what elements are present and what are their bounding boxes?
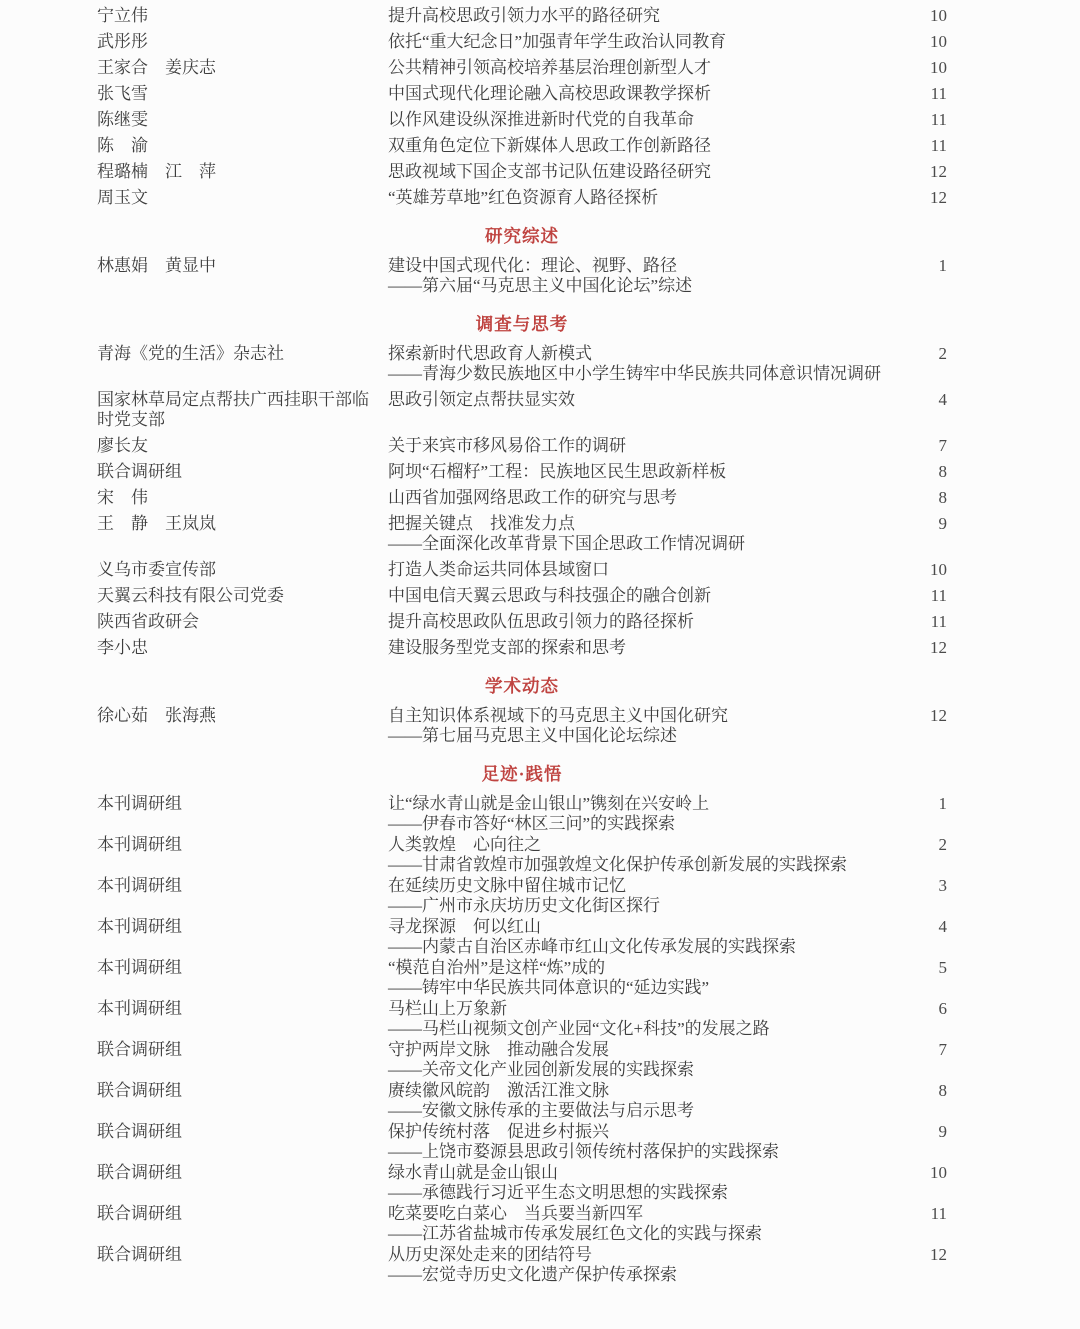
- section: 学术动态徐心茹 张海燕自主知识体系视域下的马克思主义中国化研究——第七届马克思主…: [97, 676, 947, 746]
- entry-page-number: 3: [903, 876, 947, 896]
- entry-title: 在延续历史文脉中留住城市记忆——广州市永庆坊历史文化街区探行: [388, 876, 903, 916]
- entry-authors: 陕西省政研会: [97, 612, 388, 632]
- entry-title-line: 把握关键点 找准发力点: [388, 514, 895, 534]
- entry-page-number: 11: [903, 1204, 947, 1224]
- toc-entry: 王 静 王岚岚把握关键点 找准发力点——全面深化改革背景下国企思政工作情况调研9: [97, 514, 947, 554]
- entry-title: 自主知识体系视域下的马克思主义中国化研究——第七届马克思主义中国化论坛综述: [388, 706, 903, 746]
- toc-entry: 本刊调研组让“绿水青山就是金山银山”镌刻在兴安岭上——伊春市答好“林区三问”的实…: [97, 794, 947, 834]
- entry-authors: 联合调研组: [97, 1204, 388, 1224]
- entry-authors: 本刊调研组: [97, 917, 388, 937]
- entry-title-line: 在延续历史文脉中留住城市记忆: [388, 876, 895, 896]
- entry-page-number: 8: [903, 462, 947, 482]
- entry-title-line: 绿水青山就是金山银山: [388, 1163, 895, 1183]
- entry-authors: 王家合 姜庆志: [97, 58, 388, 78]
- entry-title-line: ——全面深化改革背景下国企思政工作情况调研: [388, 534, 895, 554]
- toc-entry: 李小忠建设服务型党支部的探索和思考12: [97, 638, 947, 658]
- entry-title: 中国式现代化理论融入高校思政课教学探析: [388, 84, 903, 104]
- entry-authors: 联合调研组: [97, 1081, 388, 1101]
- toc-entry: 联合调研组吃菜要吃白菜心 当兵要当新四军——江苏省盐城市传承发展红色文化的实践与…: [97, 1204, 947, 1244]
- entry-title-line: 探索新时代思政育人新模式: [388, 344, 895, 364]
- entry-title-line: 马栏山上万象新: [388, 999, 895, 1019]
- entry-title-line: 建设中国式现代化：理论、视野、路径: [388, 256, 895, 276]
- toc-entry: 林惠娟 黄显中建设中国式现代化：理论、视野、路径——第六届“马克思主义中国化论坛…: [97, 256, 947, 296]
- entry-authors: 青海《党的生活》杂志社: [97, 344, 388, 364]
- entry-page-number: 12: [903, 1245, 947, 1265]
- entry-title-line: 提升高校思政引领力水平的路径研究: [388, 6, 895, 26]
- entry-authors: 联合调研组: [97, 462, 388, 482]
- entry-title-line: 以作风建设纵深推进新时代党的自我革命: [388, 110, 895, 130]
- entry-title: 建设服务型党支部的探索和思考: [388, 638, 903, 658]
- entry-title: 吃菜要吃白菜心 当兵要当新四军——江苏省盐城市传承发展红色文化的实践与探索: [388, 1204, 903, 1244]
- entry-page-number: 5: [903, 958, 947, 978]
- entry-authors: 宁立伟: [97, 6, 388, 26]
- entry-title-line: ——江苏省盐城市传承发展红色文化的实践与探索: [388, 1224, 895, 1244]
- toc-entry: 本刊调研组在延续历史文脉中留住城市记忆——广州市永庆坊历史文化街区探行3: [97, 876, 947, 916]
- entry-authors: 李小忠: [97, 638, 388, 658]
- entry-title-line: 让“绿水青山就是金山银山”镌刻在兴安岭上: [388, 794, 895, 814]
- entry-title: 思政引领定点帮扶显实效: [388, 390, 903, 410]
- entry-page-number: 8: [903, 1081, 947, 1101]
- entry-title: “模范自治州”是这样“炼”成的——铸牢中华民族共同体意识的“延边实践”: [388, 958, 903, 998]
- entry-title: 从历史深处走来的团结符号——宏觉寺历史文化遗产保护传承探索: [388, 1245, 903, 1285]
- entry-page-number: 4: [903, 917, 947, 937]
- entry-title-line: 赓续徽风皖韵 激活江淮文脉: [388, 1081, 895, 1101]
- entry-page-number: 4: [903, 390, 947, 410]
- toc-entry: 联合调研组阿坝“石榴籽”工程：民族地区民生思政新样板8: [97, 462, 947, 482]
- entry-title-line: 中国式现代化理论融入高校思政课教学探析: [388, 84, 895, 104]
- entry-title-line: ——第七届马克思主义中国化论坛综述: [388, 726, 895, 746]
- section-header: 调查与思考: [97, 314, 947, 334]
- entry-page-number: 12: [903, 162, 947, 182]
- toc-entry: 程璐楠 江 萍思政视域下国企支部书记队伍建设路径研究12: [97, 162, 947, 182]
- entry-title-line: 人类敦煌 心向往之: [388, 835, 895, 855]
- entry-authors: 联合调研组: [97, 1163, 388, 1183]
- entry-page-number: 10: [903, 560, 947, 580]
- entry-title: 保护传统村落 促进乡村振兴——上饶市婺源县思政引领传统村落保护的实践探索: [388, 1122, 903, 1162]
- entry-title-line: 思政视域下国企支部书记队伍建设路径研究: [388, 162, 895, 182]
- entry-authors: 王 静 王岚岚: [97, 514, 388, 534]
- entry-title-line: 阿坝“石榴籽”工程：民族地区民生思政新样板: [388, 462, 895, 482]
- toc-entry: 联合调研组保护传统村落 促进乡村振兴——上饶市婺源县思政引领传统村落保护的实践探…: [97, 1122, 947, 1162]
- entry-title: 提升高校思政引领力水平的路径研究: [388, 6, 903, 26]
- toc-entry: 国家林草局定点帮扶广西挂职干部临时党支部思政引领定点帮扶显实效4: [97, 390, 947, 430]
- entry-page-number: 10: [903, 1163, 947, 1183]
- entry-title: 打造人类命运共同体县域窗口: [388, 560, 903, 580]
- entry-title-line: “模范自治州”是这样“炼”成的: [388, 958, 895, 978]
- entry-title: 以作风建设纵深推进新时代党的自我革命: [388, 110, 903, 130]
- entry-title-line: ——宏觉寺历史文化遗产保护传承探索: [388, 1265, 895, 1285]
- entry-page-number: 12: [903, 706, 947, 726]
- toc-entry: 徐心茹 张海燕自主知识体系视域下的马克思主义中国化研究——第七届马克思主义中国化…: [97, 706, 947, 746]
- entry-authors: 天翼云科技有限公司党委: [97, 586, 388, 606]
- toc-entry: 宁立伟提升高校思政引领力水平的路径研究10: [97, 6, 947, 26]
- entry-authors: 廖长友: [97, 436, 388, 456]
- entry-title-line: ——伊春市答好“林区三问”的实践探索: [388, 814, 895, 834]
- entry-title: 马栏山上万象新——马栏山视频文创产业园“文化+科技”的发展之路: [388, 999, 903, 1039]
- entry-page-number: 1: [903, 794, 947, 814]
- entry-authors: 本刊调研组: [97, 999, 388, 1019]
- toc-entry: 天翼云科技有限公司党委中国电信天翼云思政与科技强企的融合创新11: [97, 586, 947, 606]
- section-header: 研究综述: [97, 226, 947, 246]
- entry-title-line: 自主知识体系视域下的马克思主义中国化研究: [388, 706, 895, 726]
- entry-authors: 联合调研组: [97, 1040, 388, 1060]
- entry-title: “英雄芳草地”红色资源育人路径探析: [388, 188, 903, 208]
- entry-authors: 程璐楠 江 萍: [97, 162, 388, 182]
- entry-authors: 武彤彤: [97, 32, 388, 52]
- entry-title-line: ——铸牢中华民族共同体意识的“延边实践”: [388, 978, 895, 998]
- entry-page-number: 1: [903, 256, 947, 276]
- section-header: 学术动态: [97, 676, 947, 696]
- entry-title-line: 关于来宾市移风易俗工作的调研: [388, 436, 895, 456]
- entry-title-line: ——第六届“马克思主义中国化论坛”综述: [388, 276, 895, 296]
- entry-authors: 本刊调研组: [97, 958, 388, 978]
- entry-title: 把握关键点 找准发力点——全面深化改革背景下国企思政工作情况调研: [388, 514, 903, 554]
- toc-entry: 陈 渝双重角色定位下新媒体人思政工作创新路径11: [97, 136, 947, 156]
- entry-page-number: 10: [903, 6, 947, 26]
- entry-title-line: 山西省加强网络思政工作的研究与思考: [388, 488, 895, 508]
- section-header: 足迹·践悟: [97, 764, 947, 784]
- entry-authors: 陈 渝: [97, 136, 388, 156]
- toc-entry: 联合调研组从历史深处走来的团结符号——宏觉寺历史文化遗产保护传承探索12: [97, 1245, 947, 1285]
- entry-title: 阿坝“石榴籽”工程：民族地区民生思政新样板: [388, 462, 903, 482]
- entry-title: 绿水青山就是金山银山——承德践行习近平生态文明思想的实践探索: [388, 1163, 903, 1203]
- toc-entry: 廖长友关于来宾市移风易俗工作的调研7: [97, 436, 947, 456]
- entry-authors: 联合调研组: [97, 1122, 388, 1142]
- toc-entry: 本刊调研组“模范自治州”是这样“炼”成的——铸牢中华民族共同体意识的“延边实践”…: [97, 958, 947, 998]
- entry-title: 建设中国式现代化：理论、视野、路径——第六届“马克思主义中国化论坛”综述: [388, 256, 903, 296]
- entry-page-number: 7: [903, 436, 947, 456]
- entry-page-number: 10: [903, 58, 947, 78]
- section: 足迹·践悟本刊调研组让“绿水青山就是金山银山”镌刻在兴安岭上——伊春市答好“林区…: [97, 764, 947, 1285]
- entry-authors: 国家林草局定点帮扶广西挂职干部临时党支部: [97, 390, 388, 430]
- entry-title: 寻龙探源 何以红山——内蒙古自治区赤峰市红山文化传承发展的实践探索: [388, 917, 903, 957]
- entry-title: 守护两岸文脉 推动融合发展——关帝文化产业园创新发展的实践探索: [388, 1040, 903, 1080]
- entry-authors: 周玉文: [97, 188, 388, 208]
- entry-title-line: ——上饶市婺源县思政引领传统村落保护的实践探索: [388, 1142, 895, 1162]
- entry-title-line: “英雄芳草地”红色资源育人路径探析: [388, 188, 895, 208]
- entry-page-number: 12: [903, 638, 947, 658]
- entry-title: 探索新时代思政育人新模式——青海少数民族地区中小学生铸牢中华民族共同体意识情况调…: [388, 344, 903, 384]
- entry-title-line: 保护传统村落 促进乡村振兴: [388, 1122, 895, 1142]
- toc-entry: 青海《党的生活》杂志社探索新时代思政育人新模式——青海少数民族地区中小学生铸牢中…: [97, 344, 947, 384]
- entry-authors: 本刊调研组: [97, 794, 388, 814]
- entry-page-number: 12: [903, 188, 947, 208]
- entry-title: 让“绿水青山就是金山银山”镌刻在兴安岭上——伊春市答好“林区三问”的实践探索: [388, 794, 903, 834]
- entry-authors: 联合调研组: [97, 1245, 388, 1265]
- entry-title: 公共精神引领高校培养基层治理创新型人才: [388, 58, 903, 78]
- entry-title-line: 守护两岸文脉 推动融合发展: [388, 1040, 895, 1060]
- entry-page-number: 2: [903, 344, 947, 364]
- toc-entry: 王家合 姜庆志公共精神引领高校培养基层治理创新型人才10: [97, 58, 947, 78]
- entry-page-number: 11: [903, 84, 947, 104]
- section: 研究综述林惠娟 黄显中建设中国式现代化：理论、视野、路径——第六届“马克思主义中…: [97, 226, 947, 296]
- entry-authors: 林惠娟 黄显中: [97, 256, 388, 276]
- entry-title-line: 建设服务型党支部的探索和思考: [388, 638, 895, 658]
- entry-title-line: 依托“重大纪念日”加强青年学生政治认同教育: [388, 32, 895, 52]
- entry-authors: 张飞雪: [97, 84, 388, 104]
- entry-title-line: ——青海少数民族地区中小学生铸牢中华民族共同体意识情况调研: [388, 364, 895, 384]
- toc-entry: 周玉文“英雄芳草地”红色资源育人路径探析12: [97, 188, 947, 208]
- entry-title-line: ——承德践行习近平生态文明思想的实践探索: [388, 1183, 895, 1203]
- section: 宁立伟提升高校思政引领力水平的路径研究10武彤彤依托“重大纪念日”加强青年学生政…: [97, 6, 947, 208]
- entry-title-line: ——关帝文化产业园创新发展的实践探索: [388, 1060, 895, 1080]
- entry-title-line: ——安徽文脉传承的主要做法与启示思考: [388, 1101, 895, 1121]
- toc-entry: 联合调研组赓续徽风皖韵 激活江淮文脉——安徽文脉传承的主要做法与启示思考8: [97, 1081, 947, 1121]
- entry-title-line: 寻龙探源 何以红山: [388, 917, 895, 937]
- entry-title: 思政视域下国企支部书记队伍建设路径研究: [388, 162, 903, 182]
- entry-page-number: 9: [903, 514, 947, 534]
- toc-entry: 义乌市委宣传部打造人类命运共同体县域窗口10: [97, 560, 947, 580]
- entry-title: 赓续徽风皖韵 激活江淮文脉——安徽文脉传承的主要做法与启示思考: [388, 1081, 903, 1121]
- entry-title-line: ——马栏山视频文创产业园“文化+科技”的发展之路: [388, 1019, 895, 1039]
- toc-entry: 联合调研组守护两岸文脉 推动融合发展——关帝文化产业园创新发展的实践探索7: [97, 1040, 947, 1080]
- entry-title: 提升高校思政队伍思政引领力的路径探析: [388, 612, 903, 632]
- entry-page-number: 9: [903, 1122, 947, 1142]
- entry-authors: 本刊调研组: [97, 876, 388, 896]
- entry-page-number: 2: [903, 835, 947, 855]
- entry-title-line: 吃菜要吃白菜心 当兵要当新四军: [388, 1204, 895, 1224]
- entry-page-number: 11: [903, 110, 947, 130]
- entry-authors: 义乌市委宣传部: [97, 560, 388, 580]
- entry-page-number: 11: [903, 136, 947, 156]
- entry-title: 山西省加强网络思政工作的研究与思考: [388, 488, 903, 508]
- entry-title-line: 打造人类命运共同体县域窗口: [388, 560, 895, 580]
- entry-title-line: ——甘肃省敦煌市加强敦煌文化保护传承创新发展的实践探索: [388, 855, 895, 875]
- toc-entry: 陕西省政研会提升高校思政队伍思政引领力的路径探析11: [97, 612, 947, 632]
- entry-title: 中国电信天翼云思政与科技强企的融合创新: [388, 586, 903, 606]
- entry-page-number: 11: [903, 612, 947, 632]
- entry-title-line: 从历史深处走来的团结符号: [388, 1245, 895, 1265]
- toc-entry: 本刊调研组人类敦煌 心向往之——甘肃省敦煌市加强敦煌文化保护传承创新发展的实践探…: [97, 835, 947, 875]
- entry-title-line: 双重角色定位下新媒体人思政工作创新路径: [388, 136, 895, 156]
- entry-title: 依托“重大纪念日”加强青年学生政治认同教育: [388, 32, 903, 52]
- entry-authors: 本刊调研组: [97, 835, 388, 855]
- entry-page-number: 6: [903, 999, 947, 1019]
- entry-page-number: 10: [903, 32, 947, 52]
- entry-title-line: ——广州市永庆坊历史文化街区探行: [388, 896, 895, 916]
- entry-authors: 陈继雯: [97, 110, 388, 130]
- entry-title: 关于来宾市移风易俗工作的调研: [388, 436, 903, 456]
- entry-title-line: 思政引领定点帮扶显实效: [388, 390, 895, 410]
- entry-title: 双重角色定位下新媒体人思政工作创新路径: [388, 136, 903, 156]
- entry-page-number: 11: [903, 586, 947, 606]
- toc-entry: 张飞雪中国式现代化理论融入高校思政课教学探析11: [97, 84, 947, 104]
- entry-title-line: 公共精神引领高校培养基层治理创新型人才: [388, 58, 895, 78]
- entry-title-line: ——内蒙古自治区赤峰市红山文化传承发展的实践探索: [388, 937, 895, 957]
- entry-authors: 徐心茹 张海燕: [97, 706, 388, 726]
- entry-title-line: 提升高校思政队伍思政引领力的路径探析: [388, 612, 895, 632]
- toc-page: 宁立伟提升高校思政引领力水平的路径研究10武彤彤依托“重大纪念日”加强青年学生政…: [0, 0, 1080, 1285]
- entry-title: 人类敦煌 心向往之——甘肃省敦煌市加强敦煌文化保护传承创新发展的实践探索: [388, 835, 903, 875]
- entry-authors: 宋 伟: [97, 488, 388, 508]
- entry-page-number: 8: [903, 488, 947, 508]
- toc-entry: 宋 伟山西省加强网络思政工作的研究与思考8: [97, 488, 947, 508]
- toc-entry: 本刊调研组寻龙探源 何以红山——内蒙古自治区赤峰市红山文化传承发展的实践探索4: [97, 917, 947, 957]
- toc-entry: 武彤彤依托“重大纪念日”加强青年学生政治认同教育10: [97, 32, 947, 52]
- section: 调查与思考青海《党的生活》杂志社探索新时代思政育人新模式——青海少数民族地区中小…: [97, 314, 947, 658]
- toc-entry: 陈继雯以作风建设纵深推进新时代党的自我革命11: [97, 110, 947, 130]
- entry-page-number: 7: [903, 1040, 947, 1060]
- toc-entry: 联合调研组绿水青山就是金山银山——承德践行习近平生态文明思想的实践探索10: [97, 1163, 947, 1203]
- toc-entry: 本刊调研组马栏山上万象新——马栏山视频文创产业园“文化+科技”的发展之路6: [97, 999, 947, 1039]
- entry-title-line: 中国电信天翼云思政与科技强企的融合创新: [388, 586, 895, 606]
